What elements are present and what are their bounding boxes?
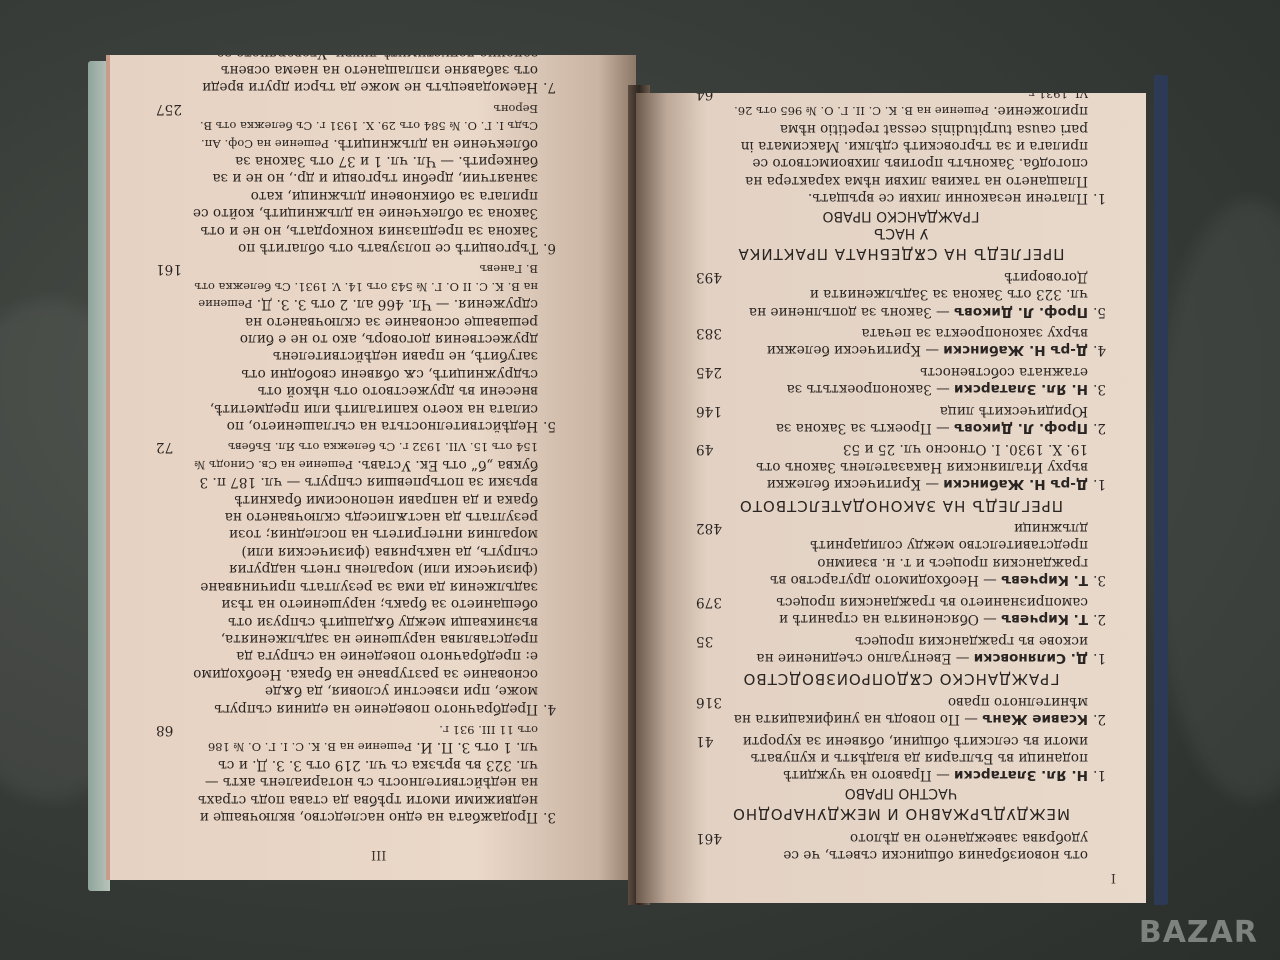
- entry-page-number: 379: [696, 592, 722, 609]
- toc-entry: 2.Проф. Л. Диковъ — Проектъ за Закона за…: [696, 401, 1106, 436]
- section-subtitle-2: ГРАЖДАНСКО ПРАВО: [696, 206, 1106, 223]
- cloth-fold: [1150, 200, 1280, 800]
- right-folio: I: [1111, 870, 1116, 885]
- left-folio: III: [371, 847, 386, 862]
- entry-page-number: 41: [696, 731, 713, 748]
- open-book: III 3.Продажбата на едно наследство, вкл…: [88, 55, 1168, 910]
- entry-text: Платени незаконни лихви се връщатъ. Плащ…: [741, 103, 1088, 206]
- entry-page-number: 64: [696, 93, 713, 102]
- entry-author: Д-ръ Н. Жабински: [943, 342, 1088, 358]
- toc-entry: 1.Н. Ял. Златарски — Правото на чуждитѣ …: [696, 731, 1106, 783]
- entry-page-number: 257: [156, 99, 182, 116]
- section-title: ГРАЖДАНСКО СѪДОПРОИЗВОДСТВО: [696, 670, 1106, 687]
- entry-text: Предбрачното поведение на единия съпругъ…: [193, 457, 538, 717]
- entry-author: Д-ръ Н. Жабински: [943, 476, 1088, 492]
- toc-entry: 4.Д-ръ Н. Жабински — Критически бележки …: [696, 324, 1106, 359]
- entry-number: 4.: [543, 699, 556, 716]
- entry-author: Проф. Л. Диковъ: [954, 304, 1088, 320]
- entry-number: 3.: [543, 808, 556, 825]
- entry-page-number: 49: [696, 440, 713, 457]
- entry-page-number: 245: [696, 362, 722, 379]
- left-page-content: 3.Продажбата на едно наследство, включва…: [156, 55, 556, 825]
- toc-entry: 1.Д. Силяновски — Евентуално съединение …: [696, 631, 1106, 666]
- entry-author: Н. Ял. Златарски: [954, 381, 1088, 397]
- toc-entry: 7.Наемодавецътъ не може да търси други в…: [156, 55, 556, 95]
- toc-entry: 5.Проф. Л. Диковъ — Законъ за допълнение…: [696, 267, 1106, 319]
- right-page-content: отъ новоизбрания общински съветъ, че се …: [696, 93, 1106, 863]
- bazar-watermark: BAZAR: [1139, 915, 1258, 950]
- entry-page-number: 68: [156, 721, 173, 738]
- entry-number: 5.: [1093, 302, 1106, 319]
- toc-entry: 2.Ксавие Жанъ — По поводъ на унификацият…: [696, 692, 1106, 727]
- left-page: III 3.Продажбата на едно наследство, вкл…: [106, 55, 636, 880]
- entry-text: Недѣйствителностьта на съглашението, по …: [210, 296, 538, 434]
- entry-author: Н. Ял. Златарски: [954, 767, 1088, 783]
- toc-entry: 6.Търговцитѣ се ползуватъ отъ облагитѣ п…: [156, 99, 556, 256]
- section-title: МЕЖДУДЪРЖАВНО И МЕЖДУНАРОДНО: [696, 805, 1106, 822]
- entry-number: 1.: [1093, 189, 1106, 206]
- toc-entry: 5.Недѣйствителностьта на съглашението, п…: [156, 260, 556, 434]
- toc-entry: 2.Т. Кирчевъ — Обясненията на странитѣ и…: [696, 592, 1106, 627]
- entry-number: 1.: [1093, 649, 1106, 666]
- toc-entry: 1.Платени незаконни лихви се връщатъ. Пл…: [696, 93, 1106, 206]
- entry-text: Търговцитѣ се ползуватъ отъ облагитѣ по …: [193, 136, 538, 256]
- toc-entry: 3.Т. Кирчевъ — Необходимото другарство в…: [696, 519, 1106, 589]
- entry-number: 3.: [1093, 571, 1106, 588]
- toc-entry: 3.Продажбата на едно наследство, включва…: [156, 721, 556, 825]
- entry-page-number: 72: [156, 438, 173, 455]
- entry-author: Д. Силяновски: [974, 650, 1088, 666]
- entry-author: Т. Кирчевъ: [1001, 611, 1088, 627]
- entry-number: 2.: [1093, 710, 1106, 727]
- entry-page-number: 493: [696, 267, 722, 284]
- entry-number: 5.: [543, 417, 556, 434]
- entry-page-number: 35: [696, 631, 713, 648]
- section-title: ПРЕГЛЕДЪ НА СѪДЕБНАТА ПРАКТИКА: [696, 245, 1106, 262]
- entry-number: 2.: [1093, 419, 1106, 436]
- section-title: ПРЕГЛЕДЪ НА ЗАКОНОДАТЕЛСТВОТО: [696, 496, 1106, 513]
- entry-number: 3.: [1093, 380, 1106, 397]
- entry-page-number: 383: [696, 324, 722, 341]
- entry-number: 1.: [1093, 766, 1106, 783]
- entry-page-number: 146: [696, 401, 722, 418]
- entry-number: 6.: [543, 239, 556, 256]
- entry-text: Наемодавецътъ не може да търси други вре…: [193, 55, 538, 95]
- right-page: I отъ новоизбрания общински съветъ, че с…: [636, 93, 1146, 903]
- intro-entry: отъ новоизбрания общински съветъ, че се …: [696, 828, 1106, 863]
- section-subtitle: У НАСЪ: [696, 224, 1106, 241]
- intro-text: отъ новоизбрания общински съветъ, че се …: [783, 830, 1088, 863]
- section-subtitle: ЧАСТНО ПРАВО: [696, 783, 1106, 800]
- toc-entry: 3.Н. Ял. Златарски — Законопроектътъ за …: [696, 362, 1106, 397]
- toc-entry: 1.Д-ръ Н. Жабински — Критически бележки …: [696, 440, 1106, 492]
- toc-entry: 4.Предбрачното поведение на единия съпру…: [156, 438, 556, 717]
- entry-author: Проф. Л. Диковъ: [954, 420, 1088, 436]
- entry-page-number: 482: [696, 519, 722, 536]
- intro-page-number: 461: [696, 828, 722, 845]
- entry-author: Ксавие Жанъ: [982, 711, 1088, 727]
- entry-page-number: 161: [156, 260, 182, 277]
- entry-page-number: 316: [696, 692, 722, 709]
- book-cover-edge-right: [1154, 75, 1168, 905]
- entry-number: 2.: [1093, 610, 1106, 627]
- entry-number: 7.: [543, 78, 556, 95]
- entry-number: 4.: [1093, 341, 1106, 358]
- entry-number: 1.: [1093, 475, 1106, 492]
- entry-author: Т. Кирчевъ: [1001, 572, 1088, 588]
